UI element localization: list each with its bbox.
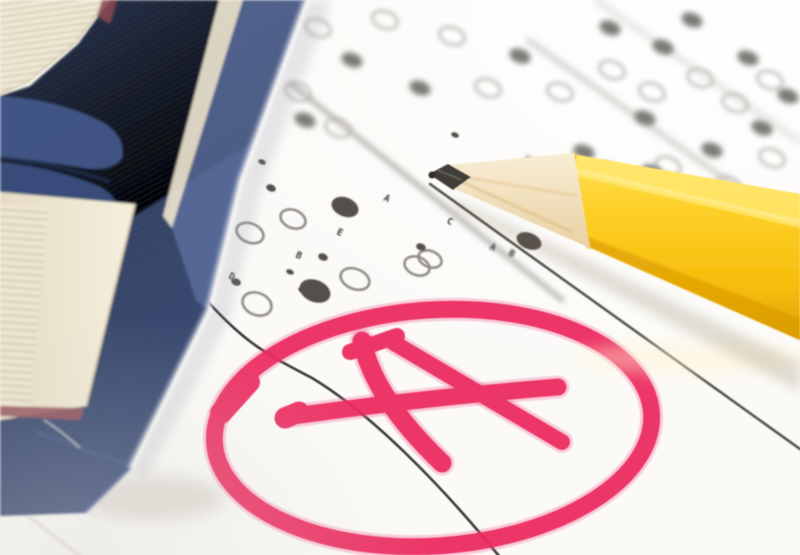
photo-canvas: ACBDABEBA (0, 0, 800, 555)
paper-vignette (0, 0, 800, 555)
photo-graded-answer-sheet: ACBDABEBA (0, 0, 800, 555)
